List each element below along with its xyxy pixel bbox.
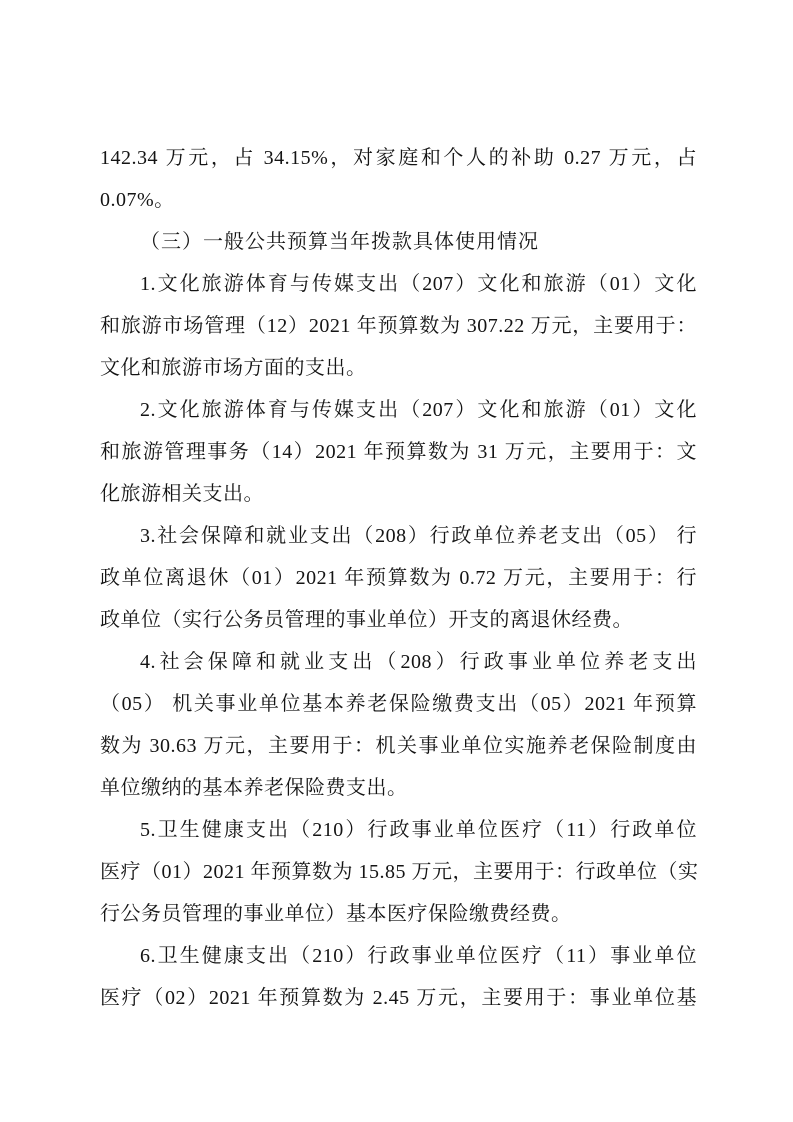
text-line: 数为 30.63 万元，主要用于：机关事业单位实施养老保险制度由	[100, 725, 697, 767]
carryover-paragraph: 142.34 万元，占 34.15%，对家庭和个人的补助 0.27 万元，占0.…	[100, 137, 697, 221]
text-line: 政单位（实行公务员管理的事业单位）开支的离退休经费。	[100, 599, 697, 641]
text-line: 和旅游管理事务（14）2021 年预算数为 31 万元，主要用于：文	[100, 431, 697, 473]
document-content: 142.34 万元，占 34.15%，对家庭和个人的补助 0.27 万元，占0.…	[100, 137, 697, 1019]
text-line: 0.07%。	[100, 179, 697, 221]
item-1: 1.文化旅游体育与传媒支出（207）文化和旅游（01）文化和旅游市场管理（12）…	[100, 263, 697, 389]
item-6: 6.卫生健康支出（210）行政事业单位医疗（11）事业单位医疗（02）2021 …	[100, 935, 697, 1019]
text-line: 化旅游相关支出。	[100, 473, 697, 515]
text-line: 行公务员管理的事业单位）基本医疗保险缴费经费。	[100, 893, 697, 935]
text-line: 和旅游市场管理（12）2021 年预算数为 307.22 万元，主要用于：	[100, 305, 697, 347]
text-line: 6.卫生健康支出（210）行政事业单位医疗（11）事业单位	[100, 935, 697, 977]
text-line: 文化和旅游市场方面的支出。	[100, 347, 697, 389]
text-line: 2.文化旅游体育与传媒支出（207）文化和旅游（01）文化	[100, 389, 697, 431]
item-3: 3.社会保障和就业支出（208）行政单位养老支出（05） 行政单位离退休（01）…	[100, 515, 697, 641]
text-line: 政单位离退休（01）2021 年预算数为 0.72 万元，主要用于：行	[100, 557, 697, 599]
text-line: 单位缴纳的基本养老保险费支出。	[100, 767, 697, 809]
text-line: 5.卫生健康支出（210）行政事业单位医疗（11）行政单位	[100, 809, 697, 851]
text-line: 142.34 万元，占 34.15%，对家庭和个人的补助 0.27 万元，占	[100, 137, 697, 179]
text-line: （三）一般公共预算当年拨款具体使用情况	[100, 221, 697, 263]
text-line: 4.社会保障和就业支出（208）行政事业单位养老支出	[100, 641, 697, 683]
text-line: 1.文化旅游体育与传媒支出（207）文化和旅游（01）文化	[100, 263, 697, 305]
text-line: （05） 机关事业单位基本养老保险缴费支出（05）2021 年预算	[100, 683, 697, 725]
text-line: 医疗（01）2021 年预算数为 15.85 万元，主要用于：行政单位（实	[100, 851, 697, 893]
item-4: 4.社会保障和就业支出（208）行政事业单位养老支出（05） 机关事业单位基本养…	[100, 641, 697, 809]
text-line: 3.社会保障和就业支出（208）行政单位养老支出（05） 行	[100, 515, 697, 557]
text-line: 医疗（02）2021 年预算数为 2.45 万元，主要用于：事业单位基	[100, 977, 697, 1019]
item-5: 5.卫生健康支出（210）行政事业单位医疗（11）行政单位医疗（01）2021 …	[100, 809, 697, 935]
section-heading: （三）一般公共预算当年拨款具体使用情况	[100, 221, 697, 263]
item-2: 2.文化旅游体育与传媒支出（207）文化和旅游（01）文化和旅游管理事务（14）…	[100, 389, 697, 515]
document-page: 142.34 万元，占 34.15%，对家庭和个人的补助 0.27 万元，占0.…	[0, 0, 793, 1122]
